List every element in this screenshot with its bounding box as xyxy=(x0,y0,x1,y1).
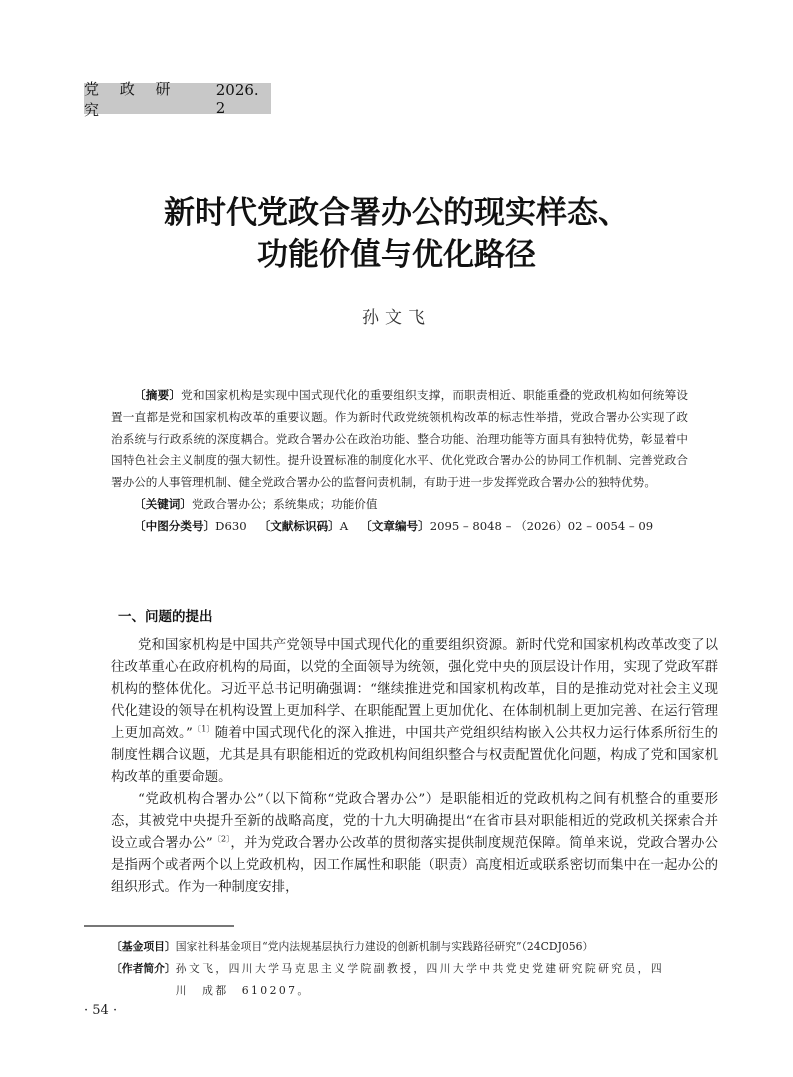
fund-label: 〔基金项目〕 xyxy=(111,936,176,958)
clc-label: 〔中图分类号〕 xyxy=(134,519,215,533)
abstract-paragraph: 〔摘要〕党和国家机构是实现中国式现代化的重要组织支撑，而职责相近、职能重叠的党政… xyxy=(111,385,688,494)
keywords-line: 〔关键词〕党政合署办公；系统集成；功能价值 xyxy=(111,494,688,516)
paragraph-text: 随着中国式现代化的深入推进，中国共产党组织结构嵌入公共权力运行体系所衍生的制度性… xyxy=(111,726,718,785)
article-title-line-2: 功能价值与优化路径 xyxy=(0,234,793,276)
section-heading: 一、问题的提出 xyxy=(118,605,213,625)
article-no-value: 2095 – 8048 – （2026）02 – 0054 – 09 xyxy=(430,519,653,533)
article-title: 新时代党政合署办公的现实样态、 功能价值与优化路径 xyxy=(0,192,793,276)
abstract-text: 党和国家机构是实现中国式现代化的重要组织支撑，而职责相近、职能重叠的党政机构如何… xyxy=(111,388,688,489)
journal-issue: 2026. 2 xyxy=(216,81,271,117)
author-footnote: 〔作者简介〕 孙文飞，四川大学马克思主义学院副教授，四川大学中共党史党建研究院研… xyxy=(111,958,721,1002)
article-author: 孙文飞 xyxy=(0,303,793,328)
journal-name: 党 政 研 究 xyxy=(84,78,210,120)
journal-header-tag: 党 政 研 究 2026. 2 xyxy=(84,83,271,114)
citation-ref-1: 〔1〕 xyxy=(193,725,215,734)
footnotes: 〔基金项目〕 国家社科基金项目“党内法规基层执行力建设的创新机制与实践路径研究”… xyxy=(111,936,721,1002)
author-bio-label: 〔作者简介〕 xyxy=(111,958,176,1002)
page-number: · 54 · xyxy=(84,1003,117,1018)
body-text: 党和国家机构是中国共产党领导中国式现代化的重要组织资源。新时代党和国家机构改革改… xyxy=(111,635,718,899)
author-bio-line-1: 孙文飞，四川大学马克思主义学院副教授，四川大学中共党史党建研究院研究员，四 xyxy=(176,962,664,975)
citation-ref-2: 〔2〕 xyxy=(213,835,231,844)
author-bio-text: 孙文飞，四川大学马克思主义学院副教授，四川大学中共党史党建研究院研究员，四 川 … xyxy=(176,958,721,1002)
fund-footnote: 〔基金项目〕 国家社科基金项目“党内法规基层执行力建设的创新机制与实践路径研究”… xyxy=(111,936,721,958)
doc-code-label: 〔文献标识码〕 xyxy=(259,519,340,533)
footnote-divider xyxy=(84,925,234,927)
keywords-text: 党政合署办公；系统集成；功能价值 xyxy=(192,497,378,511)
classification-line: 〔中图分类号〕D630〔文献标识码〕A〔文章编号〕2095 – 8048 – （… xyxy=(111,516,688,538)
article-title-line-1: 新时代党政合署办公的现实样态、 xyxy=(0,192,793,234)
fund-text: 国家社科基金项目“党内法规基层执行力建设的创新机制与实践路径研究”（24CDJ0… xyxy=(176,936,721,958)
doc-code-value: A xyxy=(340,519,348,533)
clc-value: D630 xyxy=(215,519,246,533)
abstract-block: 〔摘要〕党和国家机构是实现中国式现代化的重要组织支撑，而职责相近、职能重叠的党政… xyxy=(111,385,688,538)
article-no-label: 〔文章编号〕 xyxy=(360,519,430,533)
author-bio-line-2: 川 成都 610207。 xyxy=(176,984,311,997)
abstract-label: 〔摘要〕 xyxy=(134,388,181,402)
keywords-label: 〔关键词〕 xyxy=(134,497,192,511)
body-paragraph-1: 党和国家机构是中国共产党领导中国式现代化的重要组织资源。新时代党和国家机构改革改… xyxy=(111,635,718,789)
body-paragraph-2: “党政机构合署办公”（以下简称“党政合署办公”）是职能相近的党政机构之间有机整合… xyxy=(111,789,718,899)
